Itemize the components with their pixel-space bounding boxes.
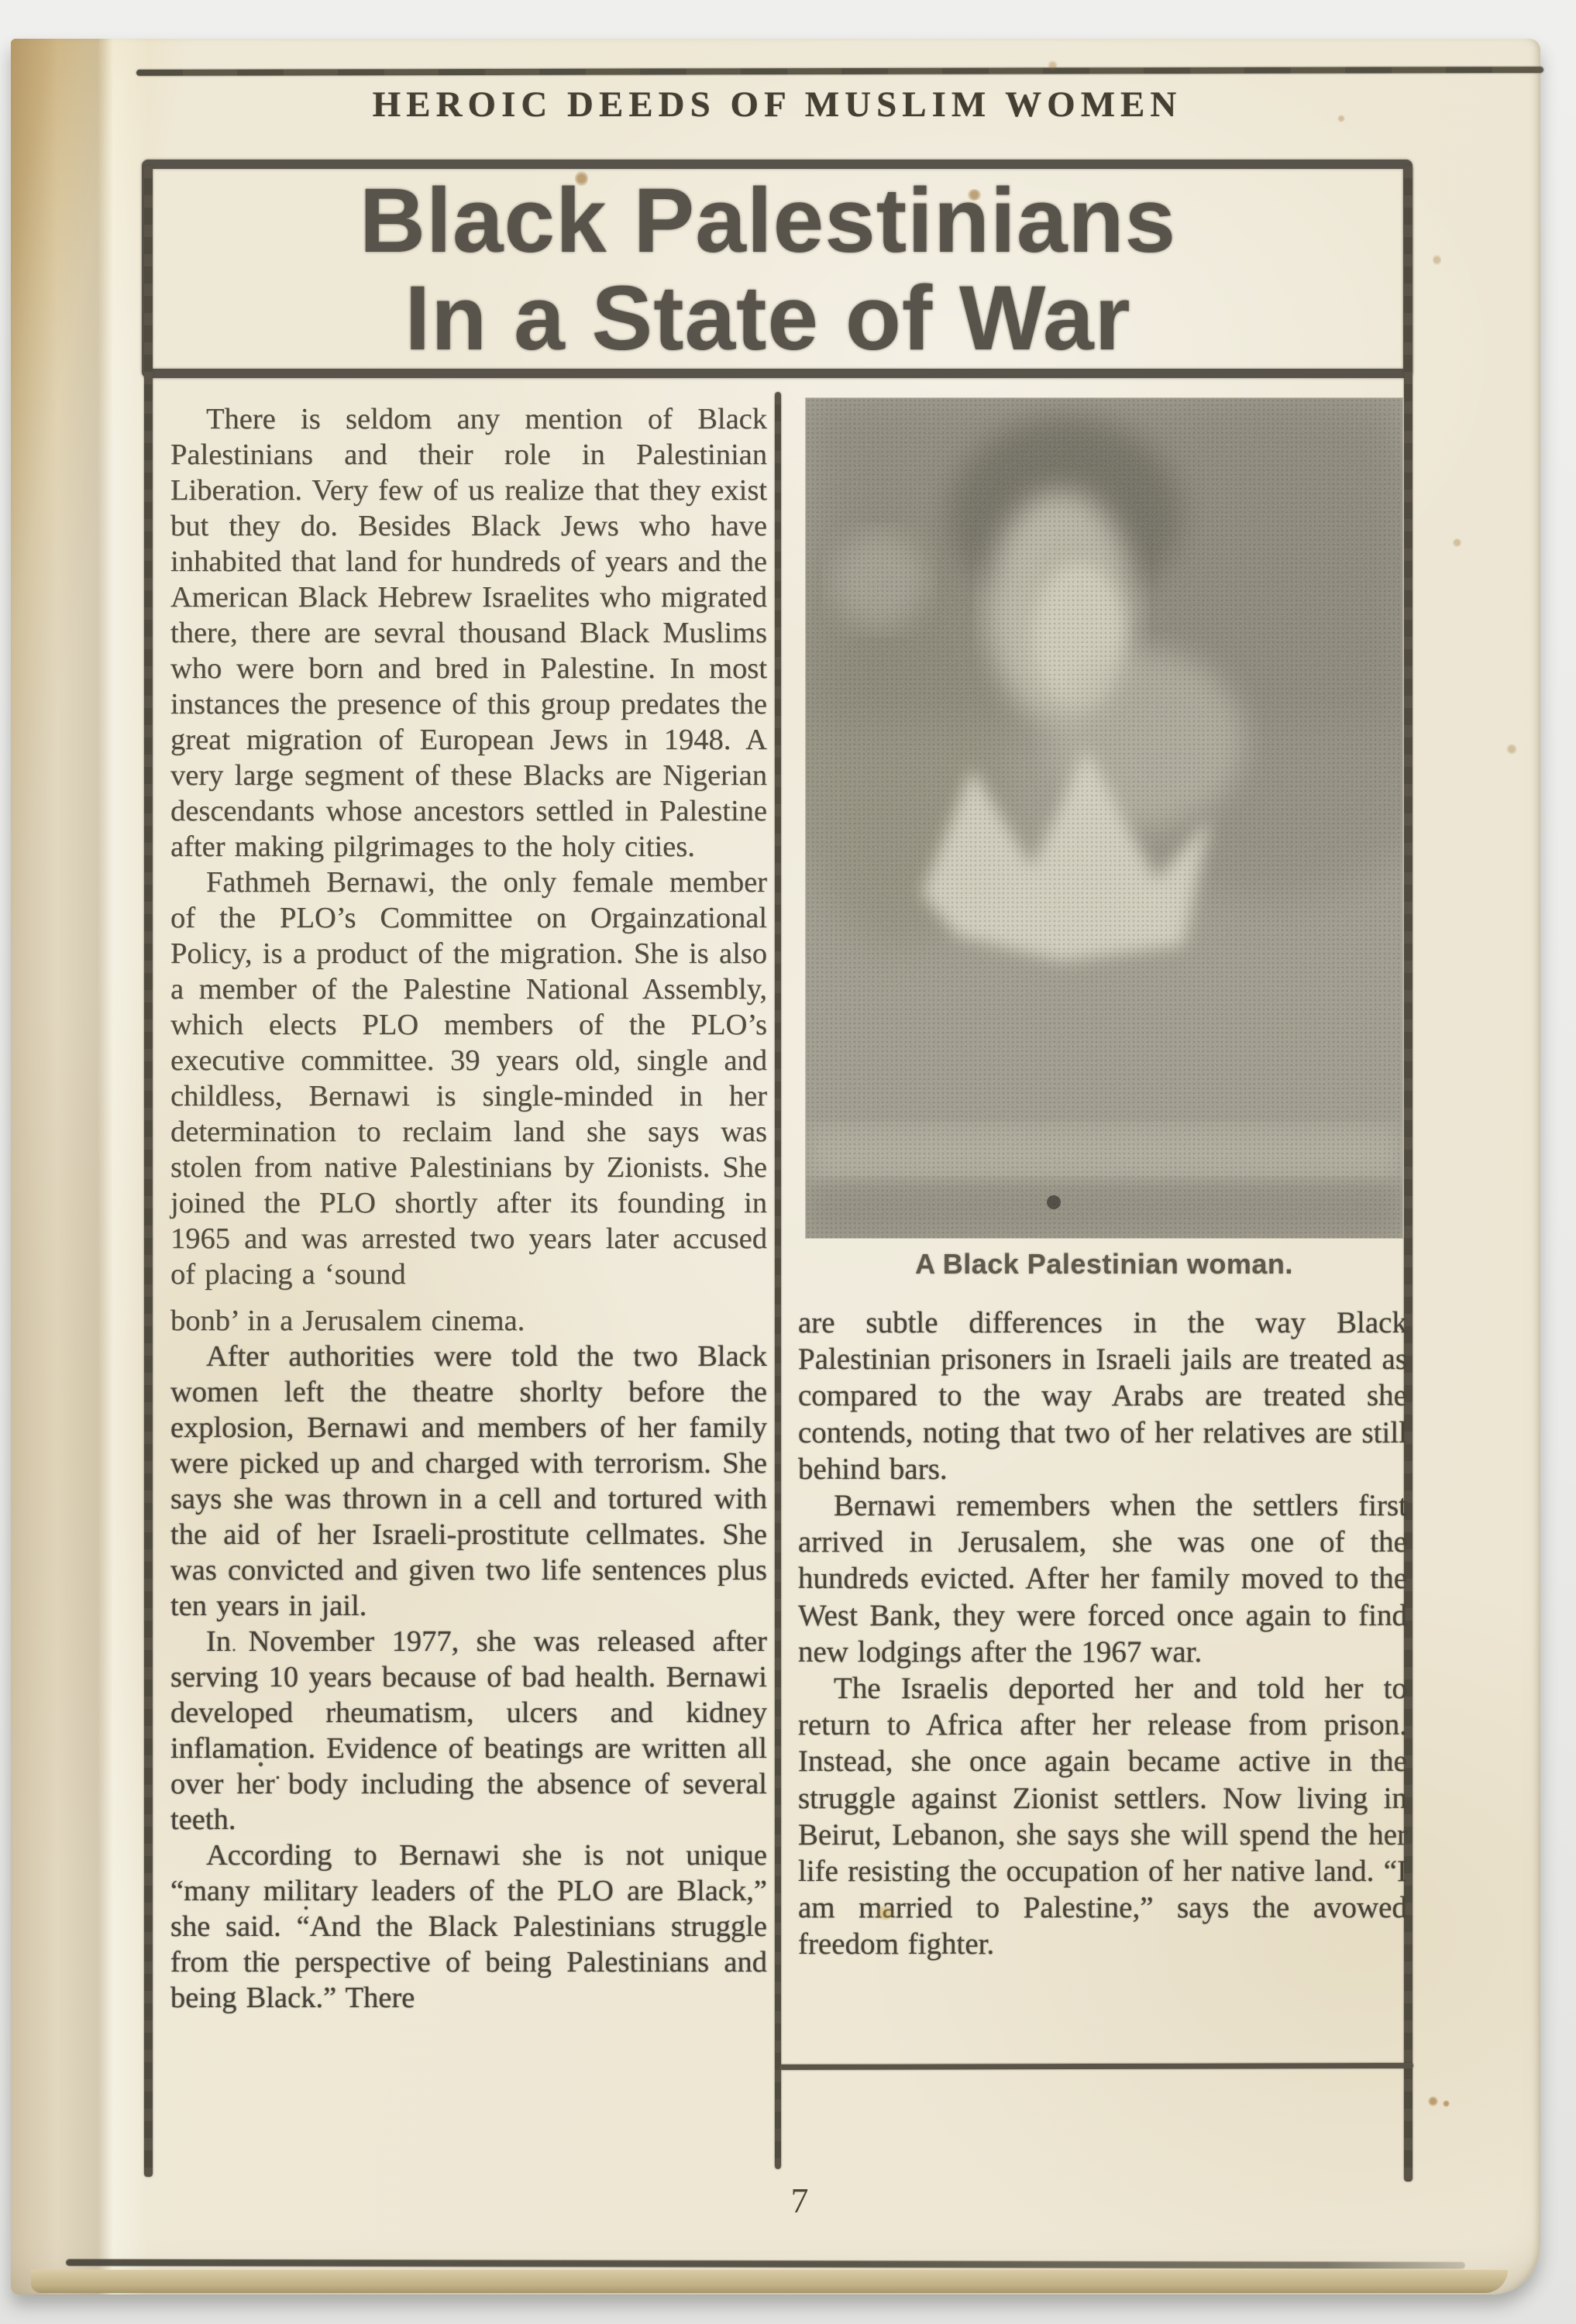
paragraph: After authorities were told the two Blac… [170, 1339, 767, 1624]
halftone-dot-texture [806, 398, 1402, 1238]
book-spine-gutter [11, 39, 150, 2295]
paragraph: are subtle differences in the way Black … [798, 1305, 1407, 1487]
paragraph: In November 1977, she was released after… [170, 1624, 767, 1838]
paragraph: Fathmeh Bernawi, the only female member … [170, 865, 767, 1292]
paragraph: Bernawi remembers when the settlers firs… [798, 1487, 1407, 1670]
left-column: There is seldom any mention of Black Pal… [170, 401, 767, 2016]
headline-line-1: Black Palestinians [151, 172, 1385, 270]
ink-speck [262, 1952, 266, 1956]
headline-line-2: In a State of War [151, 270, 1385, 367]
scanned-magazine-page: HEROIC DEEDS OF MUSLIM WOMEN Black Pales… [0, 0, 1576, 2324]
photo-black-palestinian-woman [806, 398, 1402, 1238]
right-column: are subtle differences in the way Black … [798, 1305, 1407, 1963]
paragraph: bonb’ in a Jerusalem cinema. [170, 1303, 767, 1339]
stain [1443, 2100, 1450, 2107]
ink-speck [232, 1648, 236, 1652]
stain [1428, 2096, 1438, 2106]
ink-speck [258, 1762, 263, 1767]
photo-caption: A Black Palestinian woman. [806, 1249, 1402, 1280]
stain [967, 189, 982, 201]
stain [1337, 115, 1345, 122]
paragraph: There is seldom any mention of Black Pal… [170, 401, 767, 865]
ink-speck [276, 1776, 280, 1779]
stain [1452, 538, 1462, 547]
stain [1048, 60, 1058, 70]
ink-speck [304, 1906, 308, 1910]
paragraph: According to Bernawi she is not unique “… [170, 1838, 767, 2016]
article-headline: Black Palestinians In a State of War [151, 172, 1385, 368]
article-left-border [144, 166, 153, 2177]
page-bottom-edge [31, 2270, 1508, 2293]
stain [1433, 254, 1441, 266]
running-head: HEROIC DEEDS OF MUSLIM WOMEN [136, 87, 1418, 123]
stain [876, 1906, 894, 1920]
stain [575, 170, 588, 187]
page-number: 7 [763, 2183, 836, 2219]
stain [1506, 744, 1517, 755]
column-divider-rule [775, 392, 781, 2169]
